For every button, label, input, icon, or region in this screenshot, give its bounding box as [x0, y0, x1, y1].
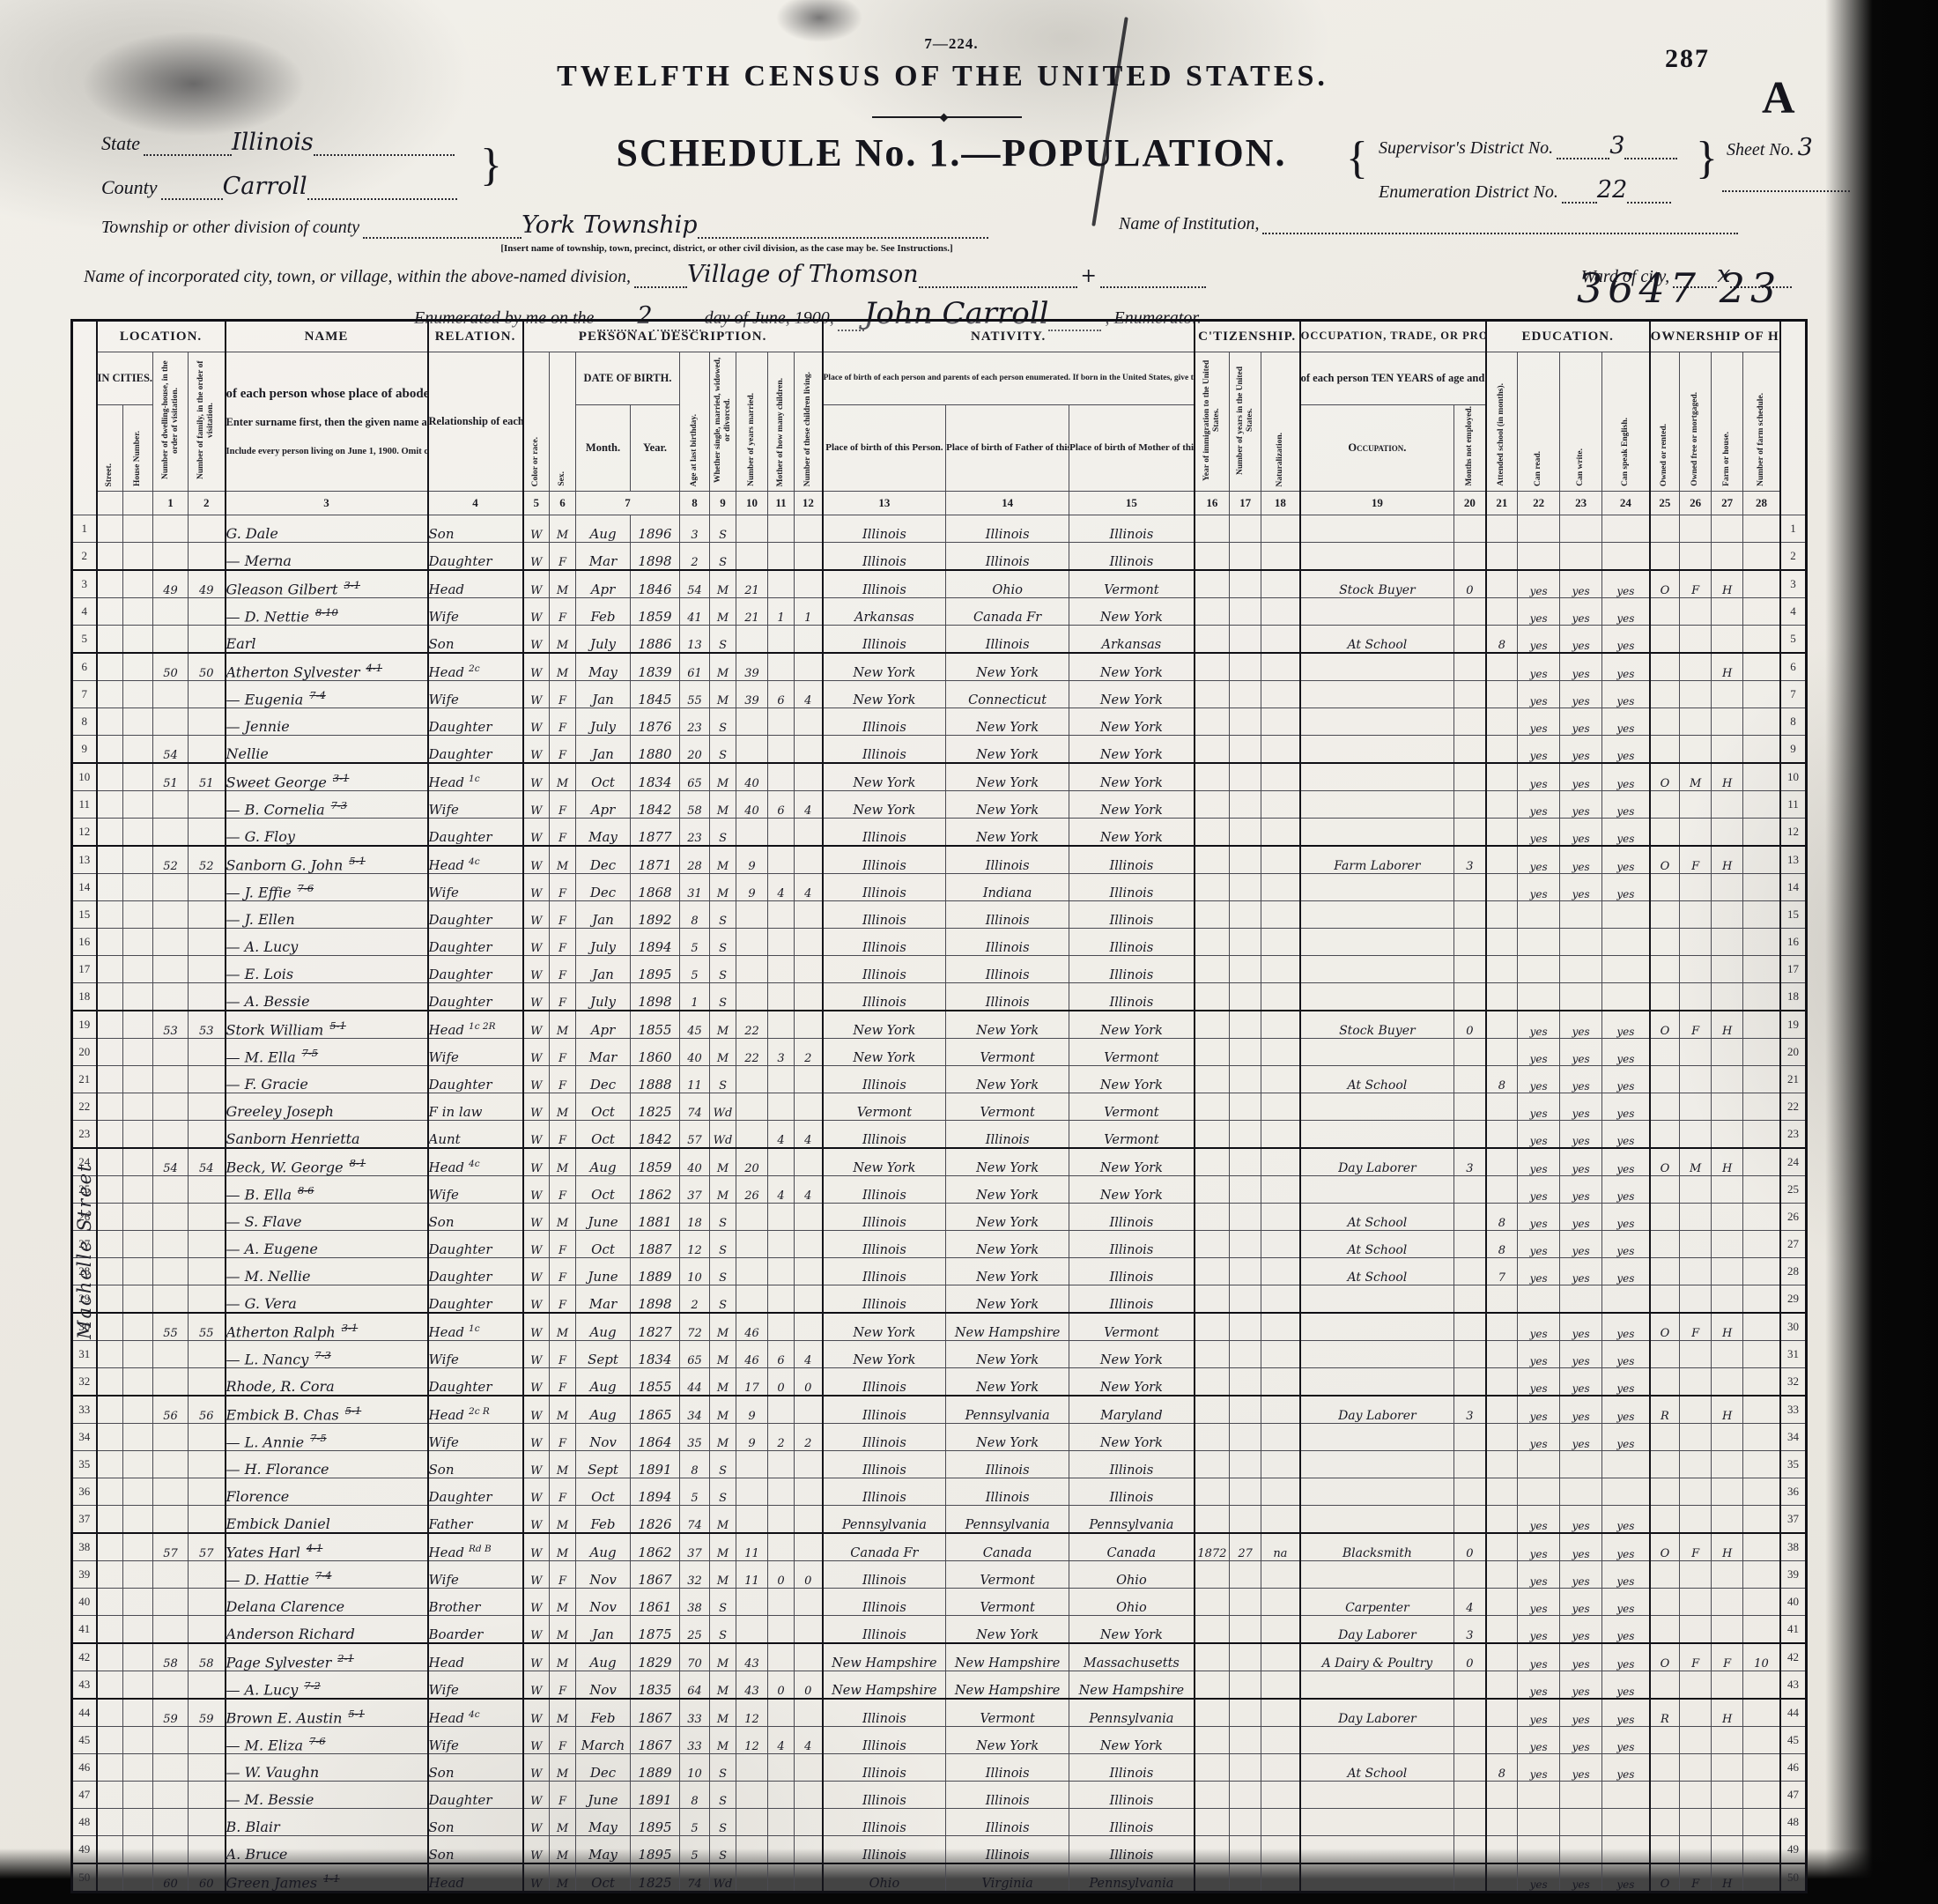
cell-marital_status: S — [710, 1589, 736, 1616]
cell-years_in_us — [1230, 1258, 1261, 1285]
cell-mother_birthplace: Illinois — [1069, 1285, 1195, 1314]
cell-owned_or_rented — [1650, 1506, 1680, 1534]
cell-marital_status: S — [710, 1066, 736, 1093]
cell-birth_year: 1877 — [631, 819, 680, 847]
cell-years_married: 9 — [736, 846, 768, 874]
cell-years_married: 40 — [736, 791, 768, 819]
cell-attended_school — [1486, 1533, 1518, 1561]
row-number: 33 — [1780, 1396, 1807, 1424]
cell-family_number — [189, 1589, 226, 1616]
cell-months_not_employed — [1454, 681, 1486, 708]
cell-naturalization — [1261, 1671, 1300, 1700]
cell-color_or_race: W — [523, 1011, 550, 1039]
cell-farm_or_house — [1712, 929, 1743, 956]
cell-mother_of_children — [768, 819, 795, 847]
cell-farm_or_house — [1712, 983, 1743, 1011]
cell-naturalization — [1261, 1863, 1300, 1893]
cell-place_of_birth: Illinois — [823, 543, 946, 571]
row-number: 8 — [1780, 708, 1807, 736]
cell-years_married: 43 — [736, 1671, 768, 1700]
cell-can_write: yes — [1560, 1589, 1602, 1616]
row-number: 43 — [1780, 1671, 1807, 1700]
cell-free_or_mortgaged — [1680, 791, 1712, 819]
cell-mother_of_children — [768, 626, 795, 654]
cell-owned_or_rented — [1650, 1204, 1680, 1231]
cell-farm_schedule_no — [1743, 515, 1780, 543]
cell-free_or_mortgaged — [1680, 1782, 1712, 1809]
cell-dwelling_number: 56 — [153, 1396, 189, 1424]
cell-dwelling_number — [153, 1616, 189, 1644]
cell-family_number: 54 — [189, 1148, 226, 1176]
row-number: 50 — [1780, 1863, 1807, 1893]
cell-months_not_employed — [1454, 1727, 1486, 1754]
cell-years_married — [736, 1863, 768, 1893]
cell-father_birthplace: Canada — [946, 1533, 1069, 1561]
cell-farm_schedule_no — [1743, 708, 1780, 736]
cell-attended_school — [1486, 1313, 1518, 1341]
cell-street — [97, 1039, 123, 1066]
cell-mother_birthplace: Ohio — [1069, 1561, 1195, 1589]
cell-naturalization — [1261, 626, 1300, 654]
row-number: 13 — [72, 846, 97, 874]
cell-months_not_employed — [1454, 1424, 1486, 1451]
cell-color_or_race: W — [523, 1863, 550, 1893]
cell-birth_month: Dec — [576, 874, 631, 901]
table-row: 46— W. VaughnSonWMDec188910SIllinoisIlli… — [72, 1754, 1807, 1782]
cell-marital_status: M — [710, 874, 736, 901]
cell-mother_birthplace: Illinois — [1069, 1782, 1195, 1809]
cell-street — [97, 1341, 123, 1368]
cell-children_living — [795, 819, 823, 847]
cell-years_married — [736, 1506, 768, 1534]
cell-mother_birthplace: Illinois — [1069, 929, 1195, 956]
cell-immigration_year — [1195, 736, 1230, 764]
cell-father_birthplace: Illinois — [946, 929, 1069, 956]
cell-mother_birthplace: Illinois — [1069, 1258, 1195, 1285]
cell-owned_or_rented — [1650, 1121, 1680, 1149]
cell-immigration_year — [1195, 1121, 1230, 1149]
cell-birth_year: 1896 — [631, 515, 680, 543]
cell-can_read: yes — [1518, 1093, 1560, 1121]
cell-can_speak_english: yes — [1602, 1121, 1650, 1149]
cell-birth_year: 1842 — [631, 1121, 680, 1149]
cell-can_write: yes — [1560, 1313, 1602, 1341]
cell-name: — F. Gracie — [226, 1066, 428, 1093]
cell-children_living — [795, 1093, 823, 1121]
group-nativity: NATIVITY. — [823, 321, 1195, 352]
cell-can_speak_english — [1602, 1451, 1650, 1478]
cell-can_speak_english: yes — [1602, 819, 1650, 847]
cell-farm_or_house — [1712, 1616, 1743, 1644]
relation-mark: 4c — [469, 856, 480, 867]
cell-months_not_employed — [1454, 819, 1486, 847]
cell-free_or_mortgaged: F — [1680, 1643, 1712, 1671]
cell-family_number: 58 — [189, 1643, 226, 1671]
cell-can_speak_english: yes — [1602, 1727, 1650, 1754]
cell-years_married — [736, 1093, 768, 1121]
cell-age: 5 — [680, 929, 710, 956]
cell-place_of_birth: Pennsylvania — [823, 1506, 946, 1534]
cell-mother_of_children: 4 — [768, 1176, 795, 1204]
cell-relation: Daughter — [428, 1066, 523, 1093]
cell-naturalization — [1261, 1424, 1300, 1451]
cell-relation: Wife — [428, 598, 523, 626]
cell-owned_or_rented — [1650, 1039, 1680, 1066]
cell-farm_or_house — [1712, 708, 1743, 736]
family-mark: 3-1 — [344, 579, 360, 591]
cell-relation: Wife — [428, 1039, 523, 1066]
column-number: 1 — [153, 492, 189, 515]
row-number: 11 — [72, 791, 97, 819]
cell-attended_school — [1486, 653, 1518, 681]
cell-can_speak_english: yes — [1602, 1341, 1650, 1368]
cell-birth_year: 1827 — [631, 1313, 680, 1341]
cell-occupation — [1300, 543, 1454, 571]
cell-owned_or_rented — [1650, 681, 1680, 708]
cell-birth_year: 1860 — [631, 1039, 680, 1066]
cell-family_number — [189, 1754, 226, 1782]
cell-age: 74 — [680, 1506, 710, 1534]
cell-occupation — [1300, 598, 1454, 626]
cell-place_of_birth: Illinois — [823, 1561, 946, 1589]
cell-birth_month: Jan — [576, 1616, 631, 1644]
cell-relation: Daughter — [428, 1368, 523, 1397]
column-number: 10 — [736, 492, 768, 515]
cell-can_speak_english: yes — [1602, 1258, 1650, 1285]
cell-can_speak_english: yes — [1602, 1589, 1650, 1616]
cell-relation: Head1c 2R — [428, 1011, 523, 1039]
occupation-description: of each person TEN YEARS of age and over… — [1300, 352, 1486, 405]
cell-can_read: yes — [1518, 1204, 1560, 1231]
cell-house — [123, 983, 153, 1011]
cell-birth_year: 1846 — [631, 570, 680, 598]
cell-owned_or_rented — [1650, 1231, 1680, 1258]
cell-immigration_year — [1195, 598, 1230, 626]
column-number: 12 — [795, 492, 823, 515]
cell-farm_or_house — [1712, 1754, 1743, 1782]
row-number: 41 — [1780, 1616, 1807, 1644]
cell-farm_schedule_no — [1743, 791, 1780, 819]
cell-birth_year: 1825 — [631, 1863, 680, 1893]
row-number: 35 — [72, 1451, 97, 1478]
cell-place_of_birth: Illinois — [823, 1478, 946, 1506]
cell-birth_year: 1892 — [631, 901, 680, 929]
cell-name: Green James1-1 — [226, 1863, 428, 1893]
cell-relation: Son — [428, 626, 523, 654]
col15-label: Place of birth of Mother of this person. — [1069, 405, 1195, 492]
cell-name: — W. Vaughn — [226, 1754, 428, 1782]
row-number: 35 — [1780, 1451, 1807, 1478]
cell-farm_or_house: H — [1712, 763, 1743, 791]
cell-mother_of_children — [768, 1836, 795, 1864]
row-number: 32 — [72, 1368, 97, 1397]
cell-birth_year: 1825 — [631, 1093, 680, 1121]
cell-months_not_employed — [1454, 791, 1486, 819]
cell-years_in_us: 27 — [1230, 1533, 1261, 1561]
cell-occupation — [1300, 901, 1454, 929]
cell-owned_or_rented — [1650, 1285, 1680, 1314]
cell-immigration_year — [1195, 1313, 1230, 1341]
cell-name: — Jennie — [226, 708, 428, 736]
cell-color_or_race: W — [523, 570, 550, 598]
cell-can_read: yes — [1518, 1313, 1560, 1341]
row-number: 3 — [72, 570, 97, 598]
cell-place_of_birth: Illinois — [823, 626, 946, 654]
family-mark: 7-6 — [309, 1735, 326, 1747]
row-number: 7 — [1780, 681, 1807, 708]
cell-children_living — [795, 1533, 823, 1561]
cell-occupation — [1300, 1506, 1454, 1534]
cell-can_speak_english: yes — [1602, 1148, 1650, 1176]
cell-can_speak_english: yes — [1602, 1671, 1650, 1700]
cell-owned_or_rented: O — [1650, 1533, 1680, 1561]
cell-father_birthplace: Illinois — [946, 983, 1069, 1011]
table-row: 35— H. FloranceSonWMSept18918SIllinoisIl… — [72, 1451, 1807, 1478]
cell-occupation: At School — [1300, 1754, 1454, 1782]
cell-marital_status: S — [710, 708, 736, 736]
cell-relation: Father — [428, 1506, 523, 1534]
cell-immigration_year — [1195, 1176, 1230, 1204]
cell-age: 55 — [680, 681, 710, 708]
cell-farm_schedule_no — [1743, 1836, 1780, 1864]
cell-can_write — [1560, 1836, 1602, 1864]
cell-birth_year: 1891 — [631, 1782, 680, 1809]
cell-family_number — [189, 543, 226, 571]
cell-dwelling_number — [153, 1176, 189, 1204]
cell-marital_status: M — [710, 1176, 736, 1204]
cell-farm_schedule_no — [1743, 1451, 1780, 1478]
cell-naturalization — [1261, 846, 1300, 874]
cell-street — [97, 983, 123, 1011]
cell-mother_of_children — [768, 736, 795, 764]
cell-father_birthplace: Illinois — [946, 1754, 1069, 1782]
nativity-description: Place of birth of each person and parent… — [823, 352, 1195, 405]
county-row: County Carroll — [101, 173, 457, 200]
cell-place_of_birth: Illinois — [823, 1066, 946, 1093]
cell-dwelling_number — [153, 515, 189, 543]
cell-months_not_employed: 3 — [1454, 1148, 1486, 1176]
cell-street — [97, 653, 123, 681]
relation-mark: Rd B — [469, 1544, 492, 1554]
cell-birth_month: Oct — [576, 763, 631, 791]
cell-occupation — [1300, 1561, 1454, 1589]
cell-birth_month: May — [576, 653, 631, 681]
relation-mark: 4c — [469, 1159, 480, 1169]
cell-children_living — [795, 1451, 823, 1478]
cell-attended_school — [1486, 543, 1518, 571]
cell-marital_status: S — [710, 1451, 736, 1478]
cell-months_not_employed — [1454, 1754, 1486, 1782]
group-personal-description: PERSONAL DESCRIPTION. — [523, 321, 823, 352]
cell-farm_schedule_no — [1743, 1258, 1780, 1285]
cell-name: — Merna — [226, 543, 428, 571]
cell-street — [97, 570, 123, 598]
cell-father_birthplace: New York — [946, 1258, 1069, 1285]
row-number: 18 — [1780, 983, 1807, 1011]
cell-months_not_employed — [1454, 763, 1486, 791]
cell-free_or_mortgaged — [1680, 1066, 1712, 1093]
cell-place_of_birth: New York — [823, 681, 946, 708]
cell-free_or_mortgaged — [1680, 1809, 1712, 1836]
cell-family_number: 53 — [189, 1011, 226, 1039]
cell-mother_of_children — [768, 1066, 795, 1093]
cell-free_or_mortgaged — [1680, 1204, 1712, 1231]
cell-mother_birthplace: Arkansas — [1069, 626, 1195, 654]
cell-father_birthplace: Illinois — [946, 1451, 1069, 1478]
row-number: 44 — [1780, 1699, 1807, 1727]
row-number: 46 — [1780, 1754, 1807, 1782]
cell-can_speak_english — [1602, 1809, 1650, 1836]
cell-occupation — [1300, 1727, 1454, 1754]
cell-birth_year: 1868 — [631, 874, 680, 901]
cell-attended_school — [1486, 1341, 1518, 1368]
row-number: 36 — [1780, 1478, 1807, 1506]
cell-dwelling_number — [153, 1727, 189, 1754]
cell-mother_of_children — [768, 1782, 795, 1809]
table-row: 25— B. Ella8-6WifeWFOct186237M2644Illino… — [72, 1176, 1807, 1204]
cell-color_or_race: W — [523, 1258, 550, 1285]
cell-attended_school — [1486, 515, 1518, 543]
cell-can_read — [1518, 1836, 1560, 1864]
table-row: 305555Atherton Ralph3-1Head1cWMAug182772… — [72, 1313, 1807, 1341]
cell-can_write: yes — [1560, 1121, 1602, 1149]
cell-can_write: yes — [1560, 1066, 1602, 1093]
cell-owned_or_rented — [1650, 819, 1680, 847]
table-row: 34949Gleason Gilbert3-1HeadWMApr184654M2… — [72, 570, 1807, 598]
cell-farm_or_house: H — [1712, 1533, 1743, 1561]
cell-family_number — [189, 1121, 226, 1149]
cell-family_number — [189, 1836, 226, 1864]
cell-family_number — [189, 1478, 226, 1506]
family-mark: 4-1 — [307, 1542, 323, 1554]
cell-years_in_us — [1230, 1011, 1261, 1039]
cell-children_living: 4 — [795, 874, 823, 901]
cell-can_speak_english: yes — [1602, 1093, 1650, 1121]
cell-immigration_year — [1195, 1863, 1230, 1893]
cell-can_speak_english: yes — [1602, 736, 1650, 764]
cell-can_write: yes — [1560, 1093, 1602, 1121]
cell-mother_birthplace: New York — [1069, 598, 1195, 626]
cell-birth_month: Apr — [576, 1011, 631, 1039]
cell-age: 64 — [680, 1671, 710, 1700]
cell-children_living — [795, 901, 823, 929]
cell-name: — L. Annie7-5 — [226, 1424, 428, 1451]
cell-birth_year: 1867 — [631, 1727, 680, 1754]
cell-can_write — [1560, 1478, 1602, 1506]
cell-attended_school — [1486, 681, 1518, 708]
cell-mother_birthplace: Massachusetts — [1069, 1643, 1195, 1671]
cell-farm_or_house — [1712, 1231, 1743, 1258]
cell-can_write — [1560, 1285, 1602, 1314]
cell-owned_or_rented: O — [1650, 1148, 1680, 1176]
cell-place_of_birth: New York — [823, 1341, 946, 1368]
cell-children_living — [795, 929, 823, 956]
col6-label: Sex. — [550, 352, 576, 492]
cell-mother_birthplace: New York — [1069, 1148, 1195, 1176]
cell-birth_year: 1875 — [631, 1616, 680, 1644]
cell-sex: F — [550, 543, 576, 571]
cell-naturalization — [1261, 570, 1300, 598]
cell-attended_school — [1486, 929, 1518, 956]
col19-label: Occupation. — [1300, 405, 1454, 492]
cell-family_number — [189, 1093, 226, 1121]
cell-free_or_mortgaged — [1680, 1424, 1712, 1451]
cell-owned_or_rented — [1650, 1809, 1680, 1836]
cell-mother_of_children — [768, 1809, 795, 1836]
name-description: of each person whose place of abode on J… — [226, 352, 428, 492]
cell-sex: F — [550, 956, 576, 983]
cell-family_number — [189, 1671, 226, 1700]
cell-occupation: At School — [1300, 1066, 1454, 1093]
cell-house — [123, 1699, 153, 1727]
cell-birth_year: 1895 — [631, 1836, 680, 1864]
cell-house — [123, 1285, 153, 1314]
cell-dwelling_number — [153, 1671, 189, 1700]
pen-streak — [1091, 17, 1128, 226]
row-number: 37 — [1780, 1506, 1807, 1534]
cell-months_not_employed — [1454, 543, 1486, 571]
cell-mother_of_children — [768, 570, 795, 598]
cell-birth_month: Feb — [576, 1699, 631, 1727]
cell-mother_of_children: 1 — [768, 598, 795, 626]
cell-birth_month: Jan — [576, 736, 631, 764]
cell-street — [97, 956, 123, 983]
cell-occupation — [1300, 1039, 1454, 1066]
cell-mother_birthplace: Ohio — [1069, 1589, 1195, 1616]
cell-free_or_mortgaged: F — [1680, 1863, 1712, 1893]
cell-immigration_year — [1195, 763, 1230, 791]
cell-father_birthplace: New York — [946, 1148, 1069, 1176]
cell-mother_birthplace: Illinois — [1069, 1809, 1195, 1836]
cell-farm_schedule_no — [1743, 1727, 1780, 1754]
cell-attended_school — [1486, 1039, 1518, 1066]
cell-owned_or_rented: O — [1650, 1863, 1680, 1893]
cell-dwelling_number: 52 — [153, 846, 189, 874]
cell-naturalization — [1261, 1809, 1300, 1836]
cell-farm_or_house: H — [1712, 570, 1743, 598]
cell-farm_schedule_no — [1743, 1809, 1780, 1836]
cell-naturalization — [1261, 1754, 1300, 1782]
cell-can_write: yes — [1560, 1231, 1602, 1258]
cell-can_write — [1560, 515, 1602, 543]
cell-place_of_birth: Illinois — [823, 1176, 946, 1204]
cell-attended_school — [1486, 570, 1518, 598]
cell-sex: F — [550, 819, 576, 847]
cell-free_or_mortgaged — [1680, 515, 1712, 543]
cell-owned_or_rented — [1650, 515, 1680, 543]
cell-street — [97, 1506, 123, 1534]
cell-age: 35 — [680, 1424, 710, 1451]
cell-name: Sanborn Henrietta — [226, 1121, 428, 1149]
cell-birth_year: 1835 — [631, 1671, 680, 1700]
family-mark: 5-1 — [345, 1404, 362, 1417]
table-row: 14— J. Effie7-6WifeWFDec186831M944Illino… — [72, 874, 1807, 901]
family-mark: 7-4 — [309, 689, 326, 701]
cell-months_not_employed — [1454, 956, 1486, 983]
cell-occupation — [1300, 1478, 1454, 1506]
cell-place_of_birth: Illinois — [823, 515, 946, 543]
cell-father_birthplace: New York — [946, 736, 1069, 764]
cell-birth_year: 1855 — [631, 1368, 680, 1397]
cell-mother_birthplace: New York — [1069, 653, 1195, 681]
cell-occupation: Day Laborer — [1300, 1396, 1454, 1424]
cell-can_read: yes — [1518, 1727, 1560, 1754]
cell-mother_of_children — [768, 543, 795, 571]
cell-relation: Head4c — [428, 1148, 523, 1176]
cell-mother_birthplace: Vermont — [1069, 570, 1195, 598]
cell-naturalization — [1261, 874, 1300, 901]
cell-birth_month: Jan — [576, 681, 631, 708]
